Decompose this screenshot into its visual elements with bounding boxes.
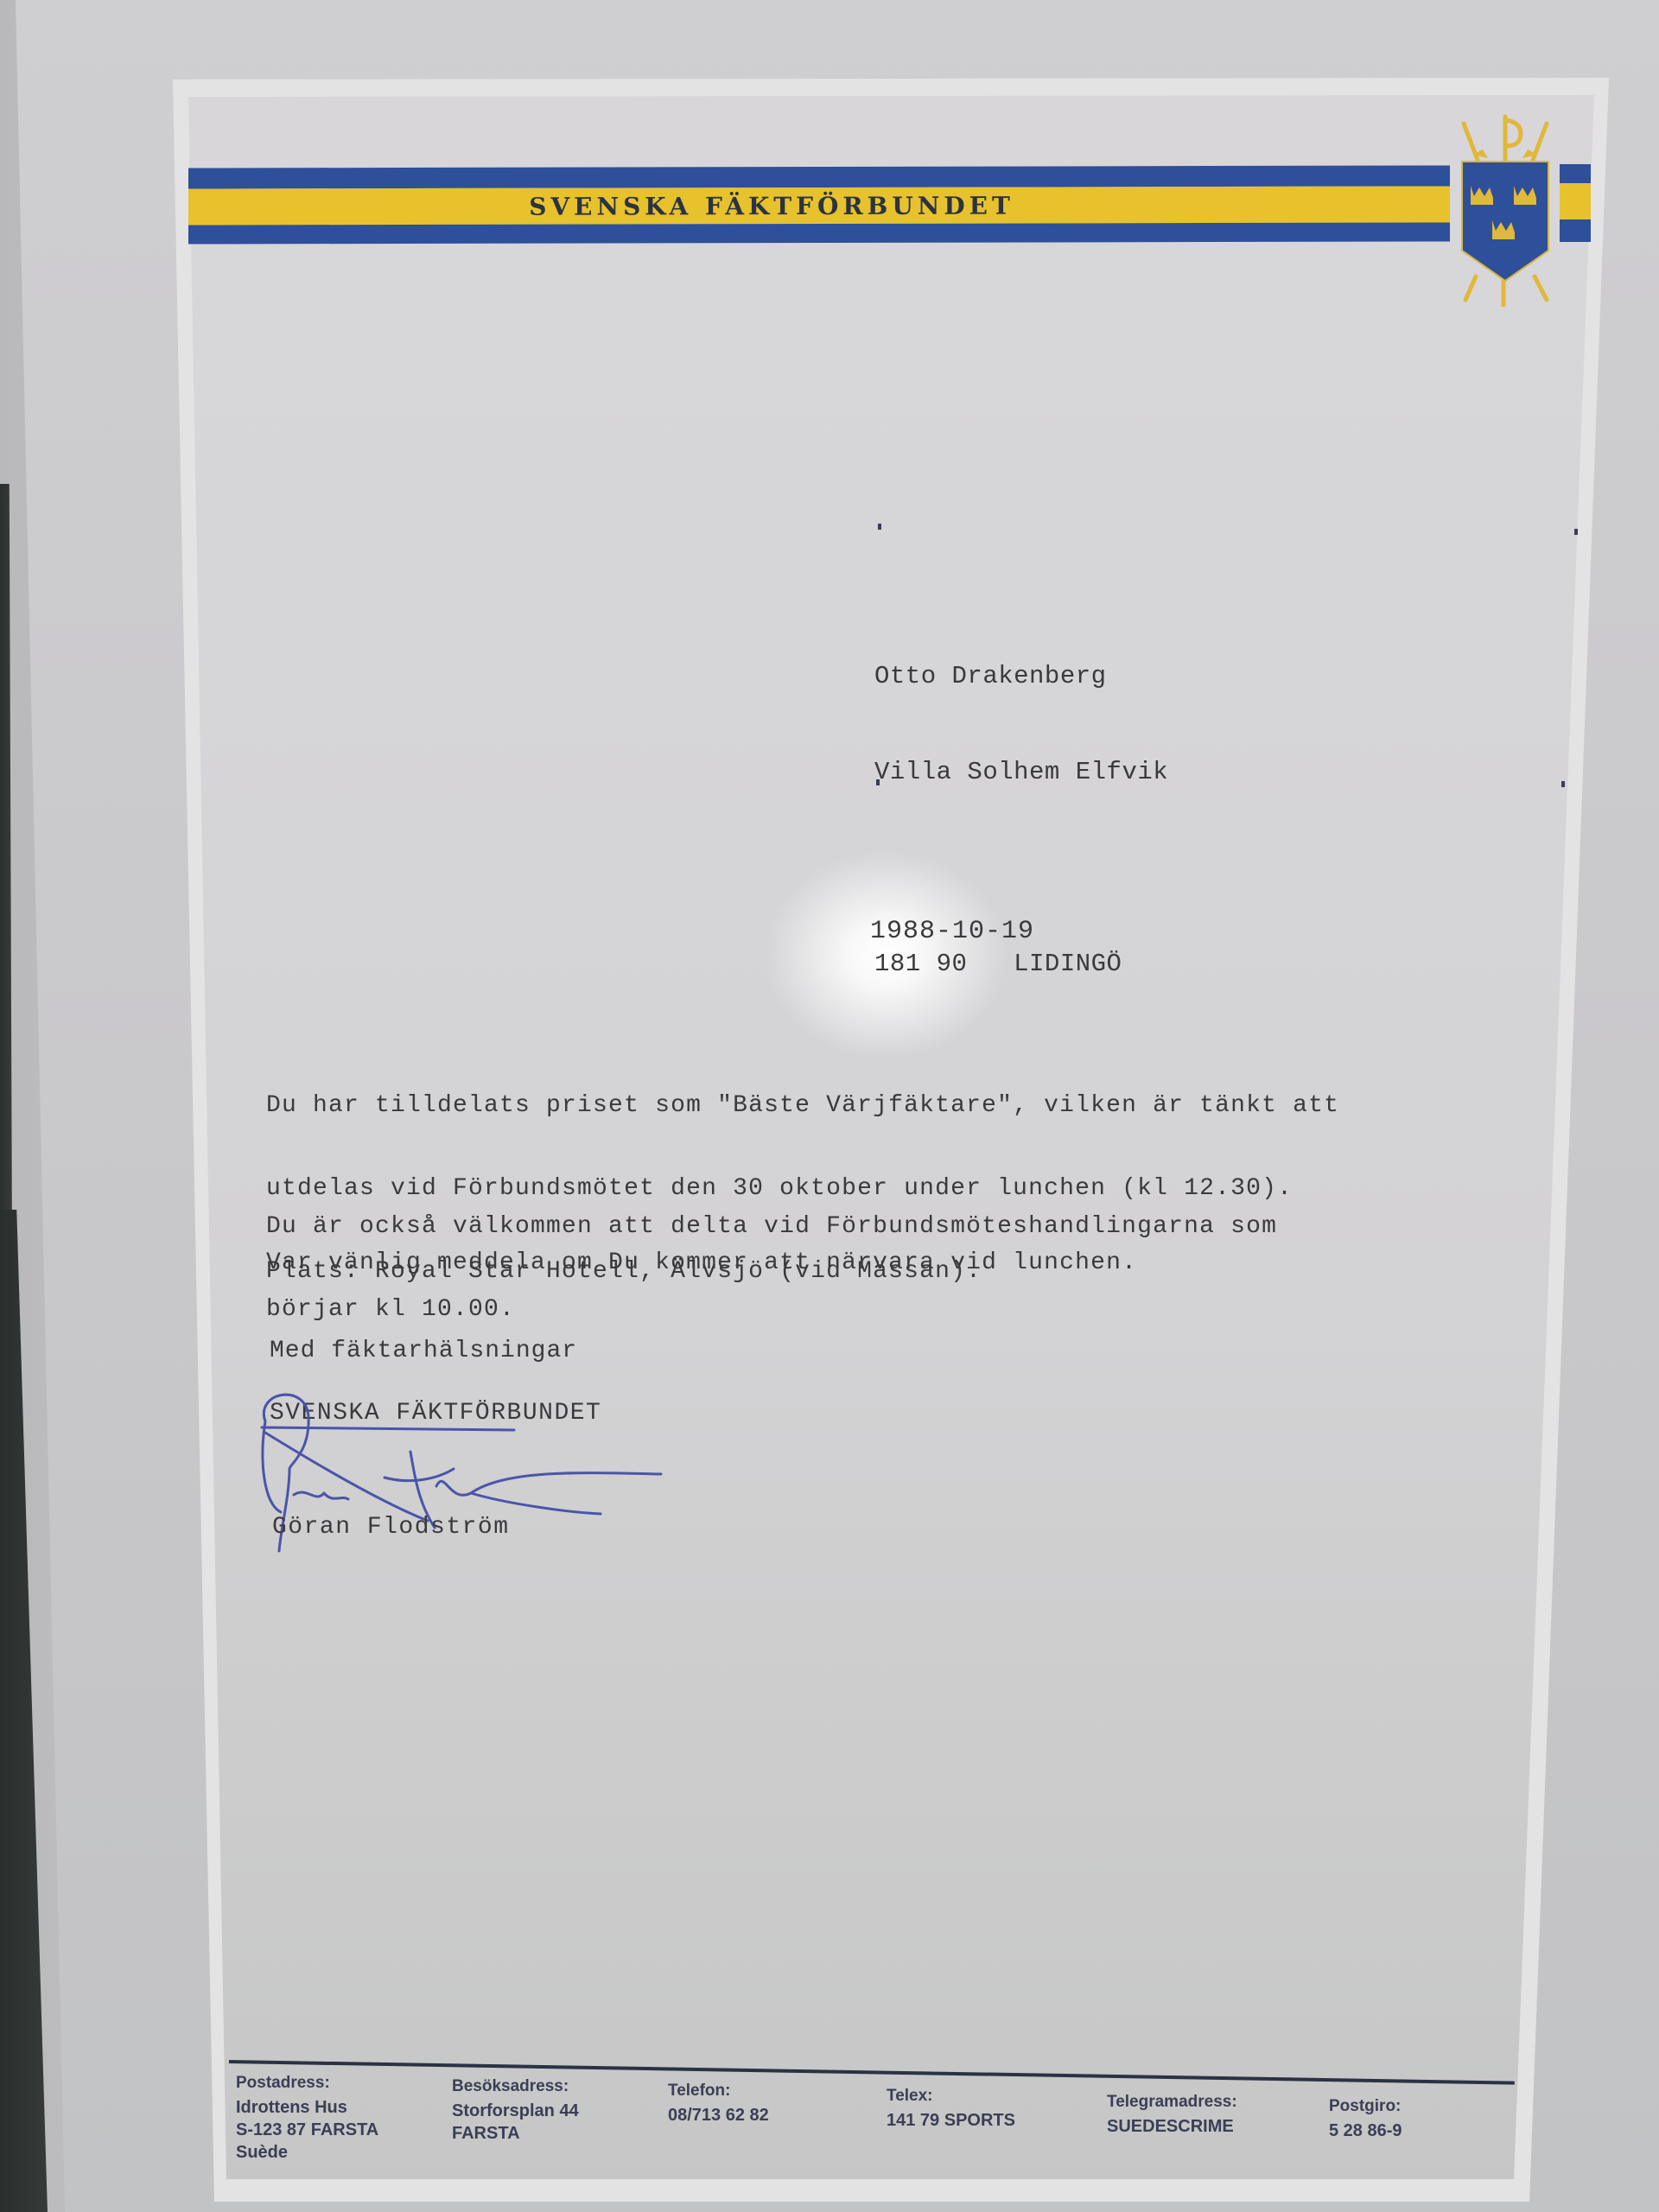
stripe-blue: [188, 165, 1450, 188]
recipient-address: Otto Drakenberg Villa Solhem Elfvik 181 …: [874, 596, 1168, 1012]
letter-date: 1988-10-19: [870, 916, 1034, 948]
footer-value: 08/713 62 82: [668, 2104, 769, 2126]
frame-edge: [0, 1210, 48, 2212]
footer-value: S-123 87 FARSTA: [236, 2119, 378, 2141]
closing-salutation: Med fäktarhälsningar: [270, 1335, 577, 1367]
footer-value: SUEDESCRIME: [1107, 2115, 1237, 2138]
footer-postadress: Postadress: Idrottens Hus S-123 87 FARST…: [236, 2070, 378, 2164]
stripe-blue: [1560, 164, 1591, 183]
footer-label: Telex:: [887, 2083, 1015, 2109]
stripe-yellow: [1560, 183, 1591, 219]
footer-label: Telefon:: [668, 2078, 769, 2104]
footer-besoksadress: Besöksadress: Storforsplan 44 FARSTA: [452, 2074, 579, 2145]
fold-mark: [1574, 529, 1578, 535]
stripe-blue: [1560, 219, 1591, 242]
body-line: Du är också välkommen att delta vid Förb…: [266, 1213, 1277, 1241]
stripe-blue: [188, 222, 1450, 244]
body-paragraph-3: Var vänlig meddela om Du kommer att närv…: [266, 1249, 1137, 1277]
letterhead-stripe-end: [1560, 164, 1591, 242]
fold-mark: [878, 524, 881, 530]
body-line: börjar kl 10.00.: [266, 1296, 1277, 1324]
footer-telex: Telex: 141 79 SPORTS: [887, 2083, 1015, 2132]
fold-mark: [1561, 781, 1565, 787]
footer-label: Postgiro:: [1329, 2094, 1402, 2120]
footer-label: Postadress:: [236, 2070, 378, 2096]
signer-name: Göran Flodström: [272, 1511, 510, 1543]
recipient-street: Villa Solhem Elfvik: [874, 756, 1168, 788]
footer-value: FARSTA: [452, 2122, 579, 2145]
body-line: Du har tilldelats priset som "Bäste Värj…: [266, 1092, 1339, 1120]
footer-value: Idrottens Hus: [236, 2096, 378, 2119]
footer-telegramadress: Telegramadress: SUEDESCRIME: [1107, 2089, 1237, 2138]
recipient-postal: 181 90 LIDINGÖ: [874, 948, 1168, 980]
footer-postgiro: Postgiro: 5 28 86-9: [1329, 2094, 1402, 2142]
footer-telefon: Telefon: 08/713 62 82: [668, 2078, 769, 2126]
three-crowns-crest-icon: [1452, 108, 1560, 307]
letterhead-stripe: SVENSKA FÄKTFÖRBUNDET: [188, 165, 1450, 245]
footer-value: Storforsplan 44: [452, 2100, 579, 2122]
footer-label: Besöksadress:: [452, 2074, 579, 2100]
recipient-name: Otto Drakenberg: [874, 660, 1168, 692]
footer-value: 5 28 86-9: [1329, 2120, 1402, 2142]
footer-label: Telegramadress:: [1107, 2089, 1237, 2115]
footer-value: 141 79 SPORTS: [887, 2109, 1015, 2132]
footer-value: Suède: [236, 2141, 378, 2164]
letterhead-title: SVENSKA FÄKTFÖRBUNDET: [188, 186, 1450, 225]
